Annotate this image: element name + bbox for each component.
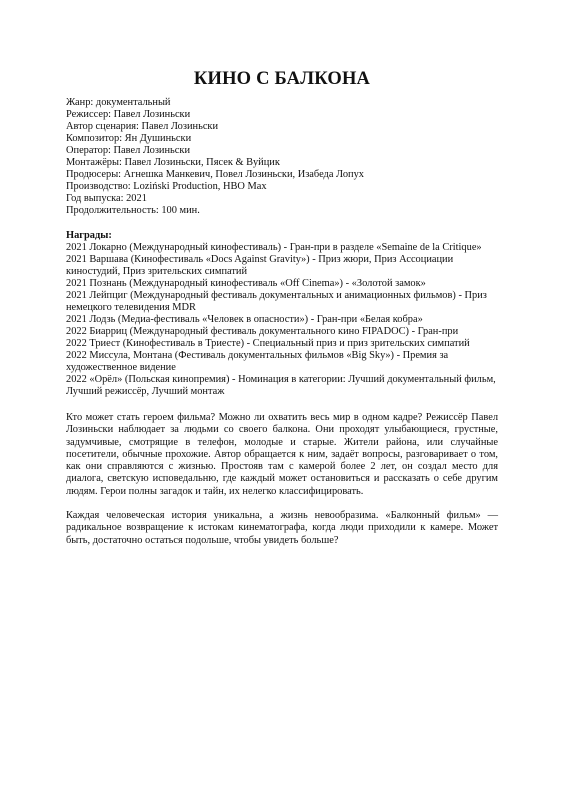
document-title: КИНО С БАЛКОНА <box>66 68 498 90</box>
description-paragraph-2: Каждая человеческая история уникальна, а… <box>66 510 498 547</box>
awards-section: Награды: 2021 Локарно (Международный кин… <box>66 230 498 398</box>
credit-year: Год выпуска: 2021 <box>66 193 498 205</box>
credit-producers: Продюсеры: Агнешка Манкевич, Повел Лозин… <box>66 169 498 181</box>
description-paragraph-1: Кто может стать героем фильма? Можно ли … <box>66 412 498 498</box>
credit-director: Режиссер: Павел Лозиньски <box>66 109 498 121</box>
credit-duration: Продолжительность: 100 мин. <box>66 205 498 217</box>
award-item: 2021 Познань (Международный кинофестивал… <box>66 278 498 290</box>
film-credits: Жанр: документальный Режиссер: Павел Лоз… <box>66 97 498 217</box>
credit-composer: Композитор: Ян Душиньски <box>66 133 498 145</box>
award-item: 2021 Варшава (Кинофестиваль «Docs Agains… <box>66 254 498 278</box>
award-item: 2022 Триест (Кинофестиваль в Триесте) - … <box>66 338 498 350</box>
credit-screenwriter: Автор сценария: Павел Лозиньски <box>66 121 498 133</box>
award-item: 2021 Локарно (Международный кинофестивал… <box>66 242 498 254</box>
award-item: 2022 Миссула, Монтана (Фестиваль докумен… <box>66 350 498 374</box>
credit-production: Производство: Loziński Production, HBO M… <box>66 181 498 193</box>
award-item: 2022 «Орёл» (Польская кинопремия) - Номи… <box>66 374 498 398</box>
awards-heading: Награды: <box>66 230 498 242</box>
credit-cinematographer: Оператор: Павел Лозиньски <box>66 145 498 157</box>
credit-editors: Монтажёры: Павел Лозиньски, Пясек & Вуйц… <box>66 157 498 169</box>
credit-genre: Жанр: документальный <box>66 97 498 109</box>
award-item: 2022 Биарриц (Международный фестиваль до… <box>66 326 498 338</box>
award-item: 2021 Лейпциг (Международный фестиваль до… <box>66 290 498 314</box>
award-item: 2021 Лодзь (Медиа-фестиваль «Человек в о… <box>66 314 498 326</box>
